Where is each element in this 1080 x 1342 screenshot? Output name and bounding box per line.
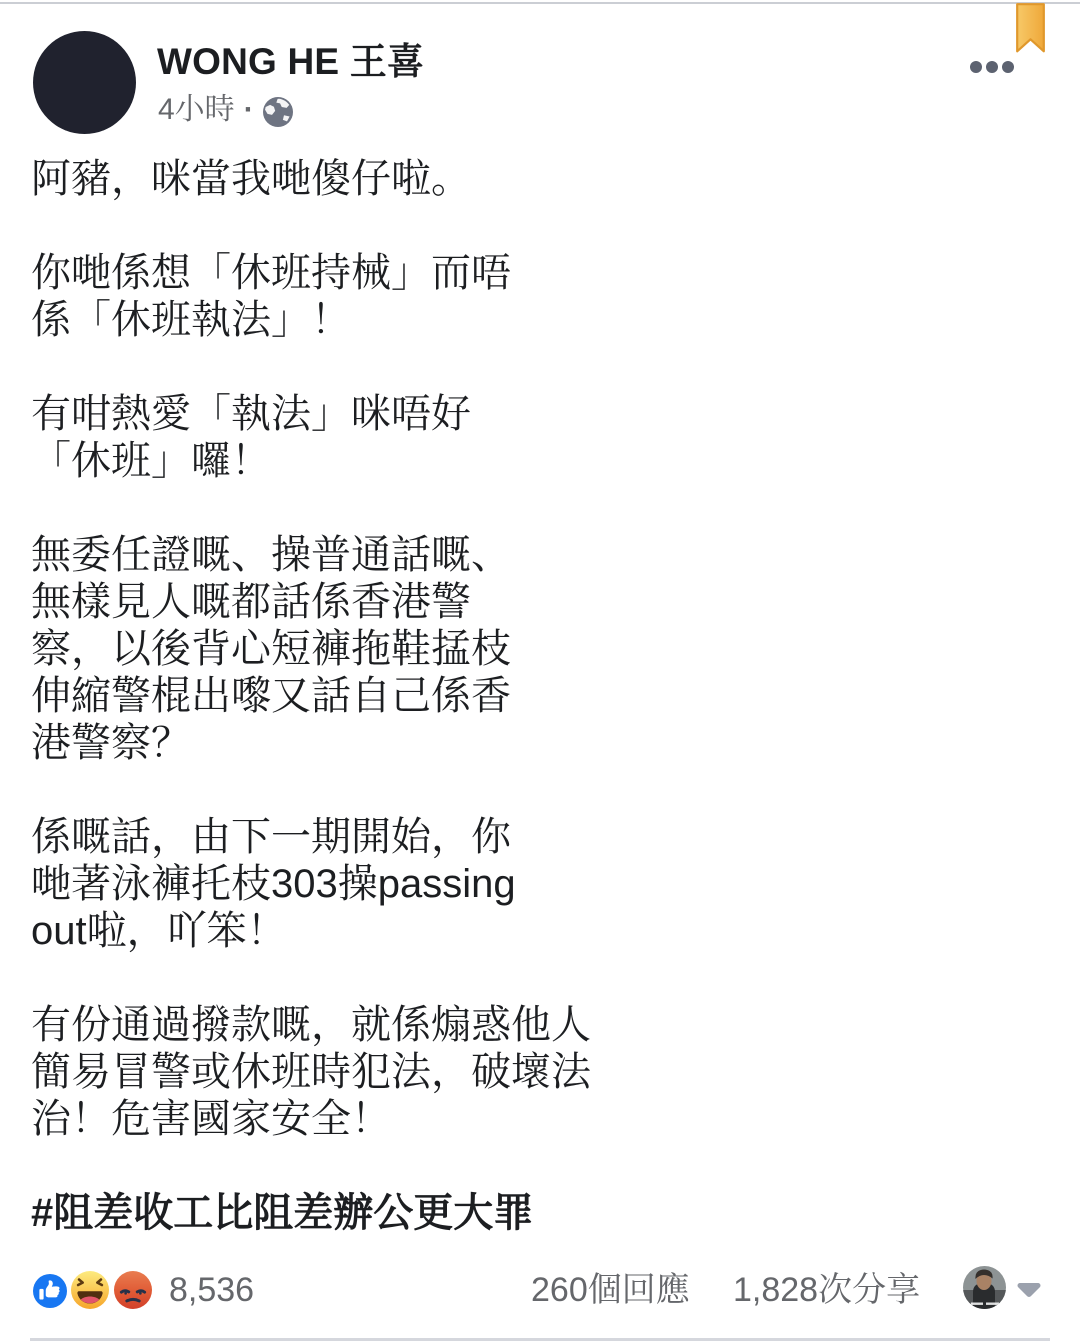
ellipsis-dot: [970, 61, 982, 73]
post-text-line: 港警察？: [31, 720, 651, 767]
post-timestamp[interactable]: 4小時: [158, 92, 235, 128]
post-text-line: 係嘅話，由下一期開始，你: [31, 814, 651, 861]
post-text-line: 簡易冒警或休班時犯法，破壞法: [31, 1049, 651, 1096]
meta-separator: ·: [244, 92, 254, 128]
shares-count[interactable]: 1,828次分享: [733, 1271, 920, 1309]
post-body: 阿豬，咪當我哋傻仔啦。你哋係想「休班持械」而唔係「休班執法」！有咁熱愛「執法」咪…: [31, 156, 651, 1237]
bookmark-ribbon-icon: [1016, 3, 1045, 53]
angry-icon[interactable]: [114, 1271, 152, 1309]
blank-line: [31, 955, 651, 1002]
author-name[interactable]: WONG HE 王喜: [157, 40, 424, 84]
comments-count[interactable]: 260個回應: [531, 1271, 690, 1309]
haha-icon[interactable]: [71, 1271, 109, 1309]
globe-icon: [263, 97, 293, 127]
post-text-line: out啦，吖笨！: [31, 908, 651, 955]
post-paragraphs: 阿豬，咪當我哋傻仔啦。你哋係想「休班持械」而唔係「休班執法」！有咁熱愛「執法」咪…: [31, 156, 651, 1143]
comment-section-divider: [30, 1338, 1050, 1341]
post-text-line: 有咁熱愛「執法」咪唔好: [31, 391, 651, 438]
author-avatar[interactable]: [33, 31, 136, 134]
post-hashtag[interactable]: #阻差收工比阻差辦公更大罪: [31, 1190, 651, 1237]
mini-avatar[interactable]: [963, 1266, 1006, 1309]
blank-line: [31, 344, 651, 391]
post-text-line: 係「休班執法」！: [31, 297, 651, 344]
blank-line: [31, 767, 651, 814]
ellipsis-dot: [986, 61, 998, 73]
post-text-line: 治！危害國家安全！: [31, 1096, 651, 1143]
chevron-down-icon[interactable]: [1016, 1282, 1042, 1298]
blank-line: [31, 485, 651, 532]
reaction-count[interactable]: 8,536: [169, 1271, 254, 1309]
post-menu-button[interactable]: [970, 61, 1014, 73]
blank-line: [31, 203, 651, 250]
post-text-line: 無樣見人嘅都話係香港警: [31, 579, 651, 626]
post-text-line: 阿豬，咪當我哋傻仔啦。: [31, 156, 651, 203]
post-text-line: 伸縮警棍出嚟又話自己係香: [31, 673, 651, 720]
ellipsis-dot: [1002, 61, 1014, 73]
like-icon[interactable]: [33, 1274, 67, 1308]
post-text-line: 你哋係想「休班持械」而唔: [31, 250, 651, 297]
post-text-line: 有份通過撥款嘅，就係煽惑他人: [31, 1002, 651, 1049]
post-text-line: 察，以後背心短褲拖鞋掹枝: [31, 626, 651, 673]
post-text-line: 哋著泳褲托枝303操passing: [31, 861, 651, 908]
post-meta: 4小時 ·: [158, 92, 293, 128]
post-text-line: 無委任證嘅、操普通話嘅、: [31, 532, 651, 579]
top-divider: [0, 2, 1080, 4]
post-text-line: 「休班」囉！: [31, 438, 651, 485]
